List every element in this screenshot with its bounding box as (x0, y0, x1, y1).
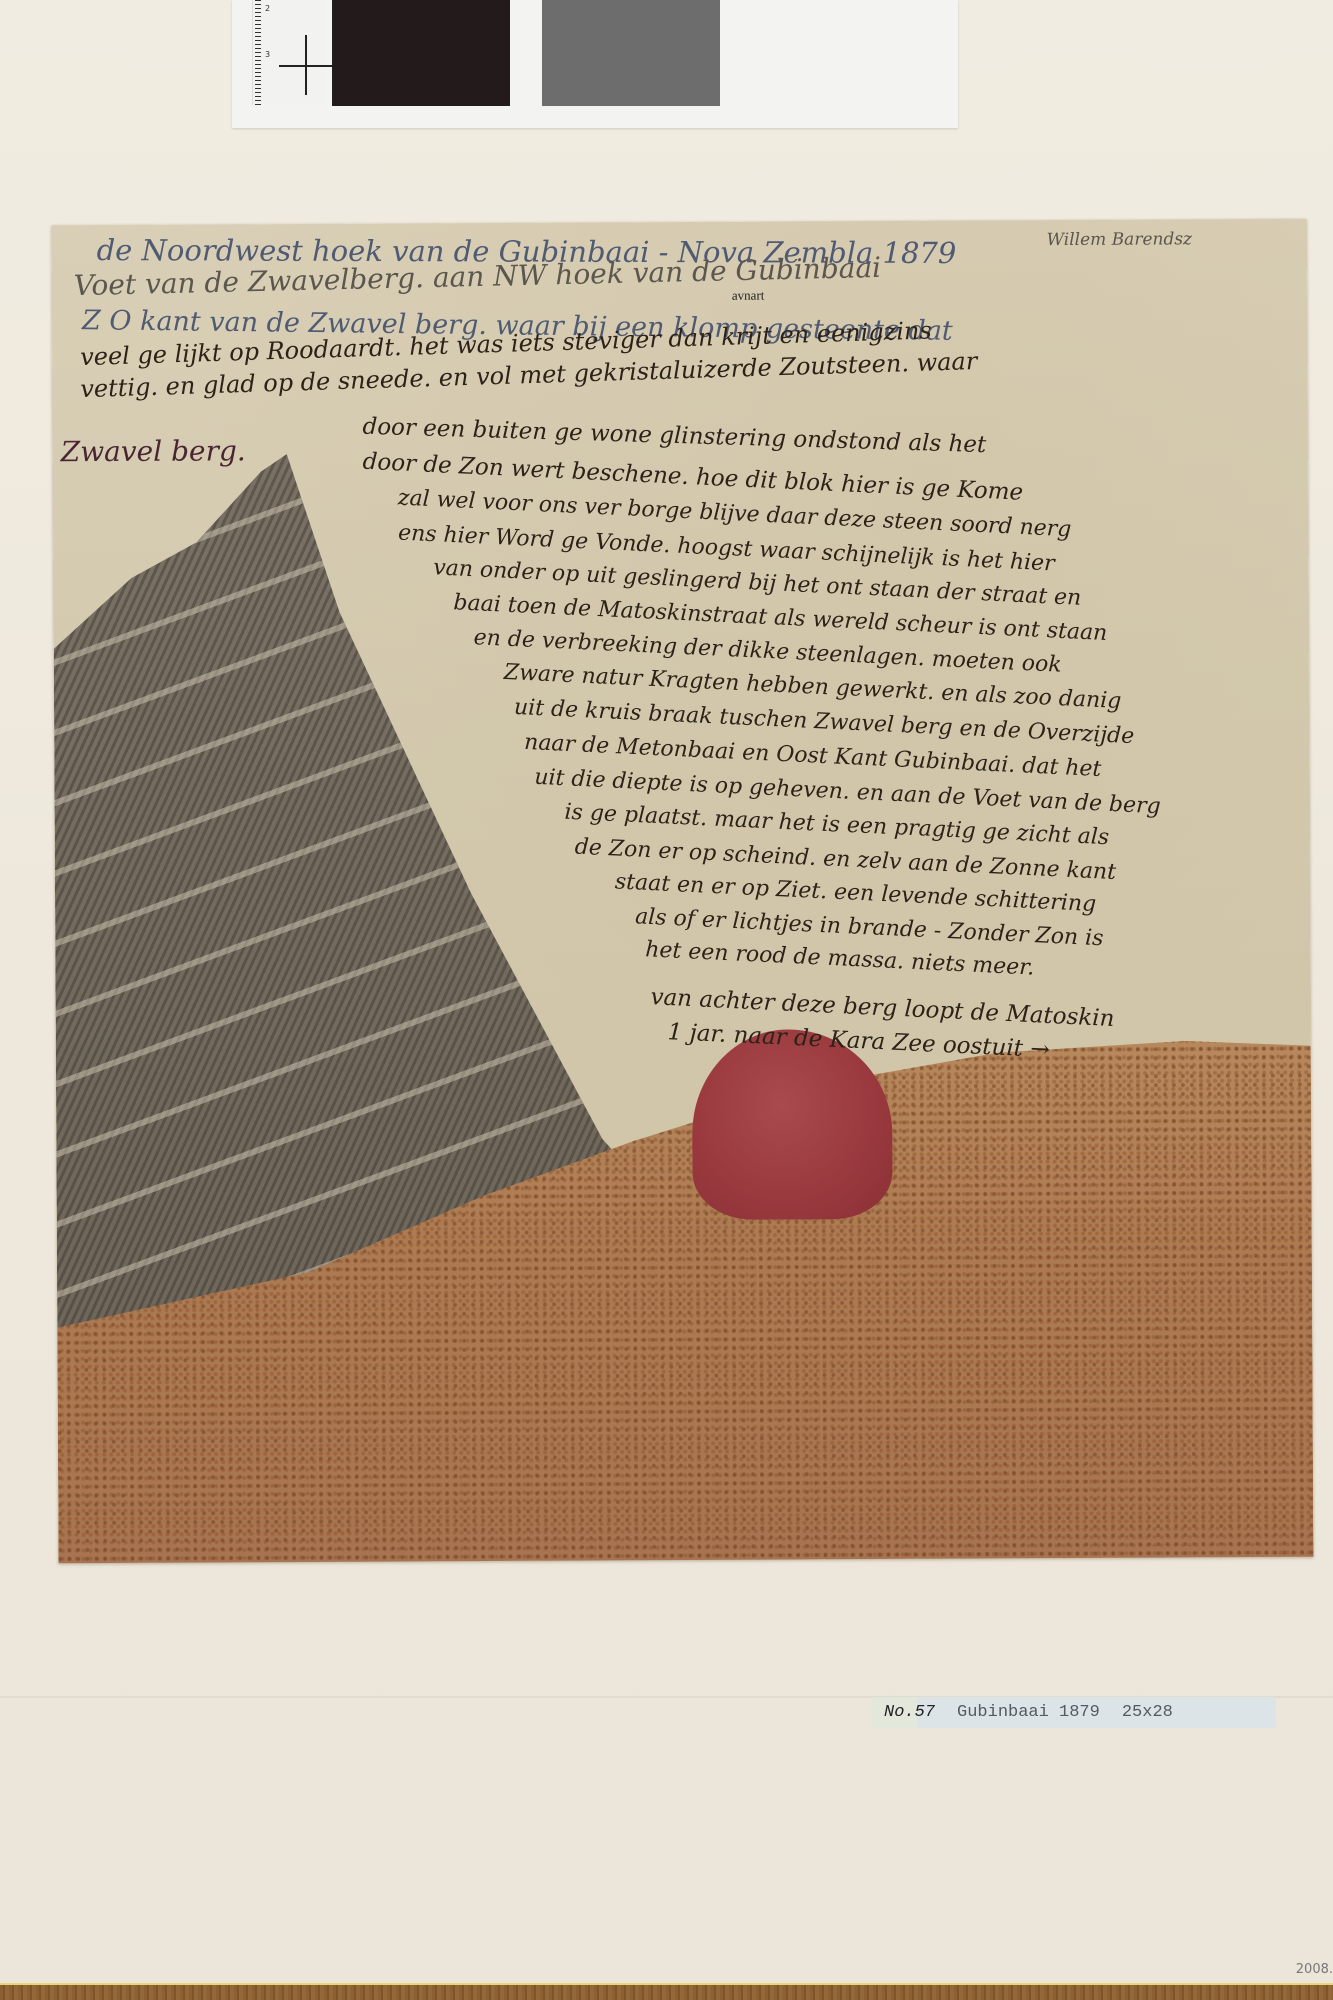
ruler-ticks (255, 0, 261, 105)
signature: Willem Barendsz (1047, 229, 1193, 250)
wood-table-edge (0, 1983, 1333, 2000)
ruler-mark: 3 (265, 50, 270, 59)
crosshair-icon (279, 65, 333, 67)
color-patch-black (332, 0, 510, 106)
catalogue-title: Gubinbaai 1879 (957, 1703, 1100, 1722)
scale-ruler: 2 3 (252, 0, 323, 105)
inventory-number: 2008. (1296, 1962, 1333, 1977)
red-sun-drawing (692, 1029, 893, 1220)
catalogue-label: No.57 Gubinbaai 1879 25x28 (872, 1697, 1276, 1728)
color-patch-gray (542, 0, 720, 106)
catalogue-number: No.57 (884, 1703, 935, 1722)
handwritten-line: door een buiten ge wone glinstering onds… (362, 414, 986, 458)
mountain-label: Zwavel berg. (61, 434, 246, 468)
illustrated-sheet: de Noordwest hoek van de Gubinbaai - Nov… (52, 219, 1314, 1564)
stamp: avnart (732, 288, 765, 304)
catalogue-dimensions: 25x28 (1122, 1703, 1173, 1722)
ruler-mark: 2 (265, 4, 270, 13)
color-calibration-card: 2 3 (232, 0, 958, 128)
